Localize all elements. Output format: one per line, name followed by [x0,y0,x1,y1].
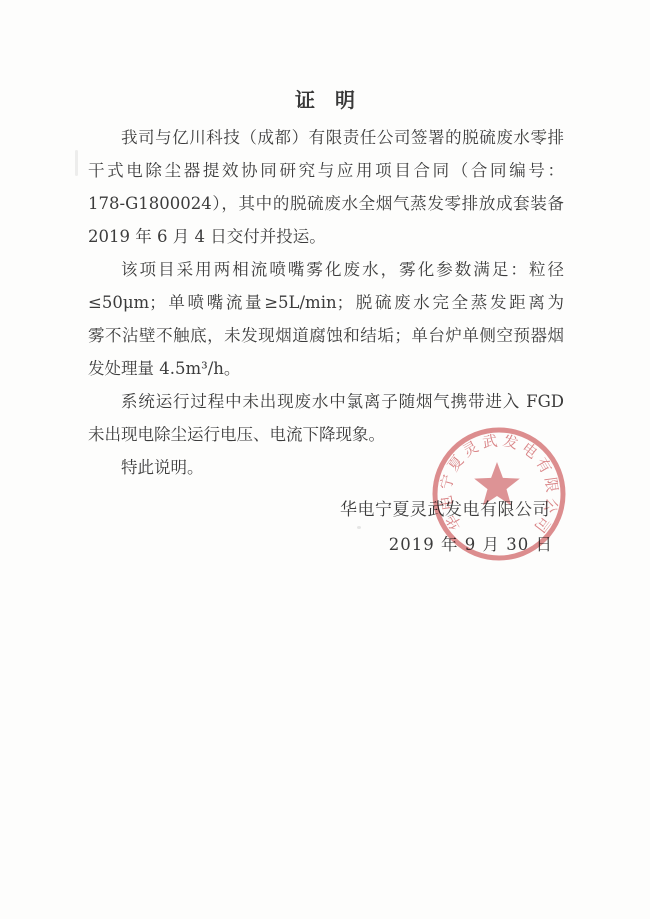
certificate-page: 证 明 我司与亿川科技（成都）有限责任公司签署的脱硫废水零排放与干式电除尘器提效… [0,0,650,919]
body-line: 178-G1800024），其中的脱硫废水全烟气蒸发零排放成套装备已于 [88,187,564,220]
body-line: 该项目采用两相流喷嘴雾化废水，雾化参数满足：粒径 Dv0.9 [88,253,564,286]
body-line: 我司与亿川科技（成都）有限责任公司签署的脱硫废水零排放与 [88,121,564,154]
body-line: 雾不沾壁不触底，未发现烟道腐蚀和结垢；单台炉单侧空预器烟道蒸 [88,319,564,352]
body-line: ≤50μm；单喷嘴流量≥5L/min；脱硫废水完全蒸发距离为 15m；喷 [88,286,564,319]
scan-speck [357,526,361,529]
document-title: 证 明 [0,88,650,112]
company-seal: 华电宁夏灵武发电有限公司 [429,424,569,564]
body-line: 发处理量 4.5m³/h。 [88,352,564,385]
body-line: 2019 年 6 月 4 日交付并投运。 [88,220,564,253]
body-line: 系统运行过程中未出现废水中氯离子随烟气携带进入 FGD 现象， [88,385,564,418]
scan-smudge [75,150,78,176]
body-line: 干式电除尘器提效协同研究与应用项目合同（合同编号： [88,154,564,187]
star-icon [474,462,520,505]
